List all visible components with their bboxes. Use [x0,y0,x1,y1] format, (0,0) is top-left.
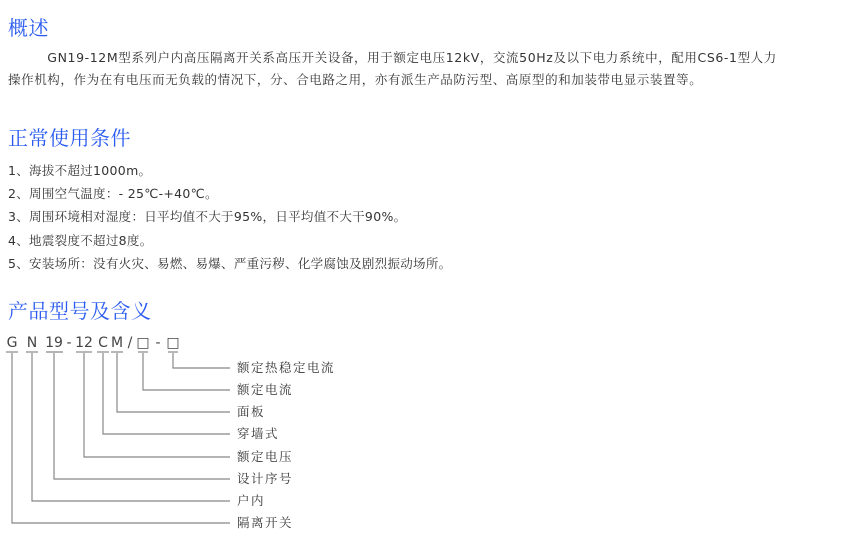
meaning-disconnector: 隔离开关 [237,515,293,531]
meaning-rated-thermal-current: 额定热稳定电流 [237,360,335,376]
meaning-indoor: 户内 [237,493,265,509]
meaning-rated-current: 额定电流 [237,382,293,398]
meaning-panel: 面板 [237,404,265,420]
model-tree-diagram [0,0,867,538]
meaning-wall-bushing: 穿墙式 [237,426,279,442]
meaning-design-number: 设计序号 [237,471,293,487]
meaning-rated-voltage: 额定电压 [237,449,293,465]
